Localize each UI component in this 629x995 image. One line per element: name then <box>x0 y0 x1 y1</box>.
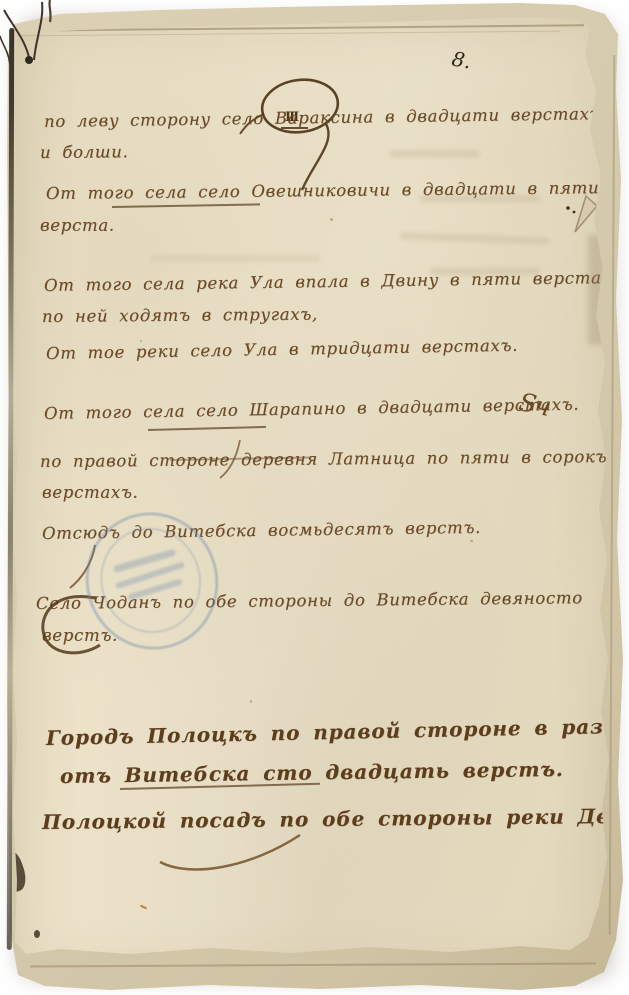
ink-speck <box>140 340 142 342</box>
sheet-edge-line <box>609 55 616 935</box>
ink-flourish <box>0 0 629 995</box>
corner-stain <box>34 930 40 938</box>
ink-speck <box>250 700 252 703</box>
binding-threads-icon <box>0 0 90 75</box>
sheet-edge-line <box>30 963 596 968</box>
manuscript-page: 8. ІІІ по леву сторону село Вараксина в … <box>0 0 629 995</box>
ink-showthrough <box>420 195 540 202</box>
ink-speck <box>330 218 333 221</box>
ink-showthrough <box>430 268 540 275</box>
ink-showthrough <box>390 150 480 157</box>
ink-speck <box>470 540 473 542</box>
ink-showthrough <box>150 255 320 262</box>
manuscript-photo: 8. ІІІ по леву сторону село Вараксина в … <box>0 0 629 995</box>
